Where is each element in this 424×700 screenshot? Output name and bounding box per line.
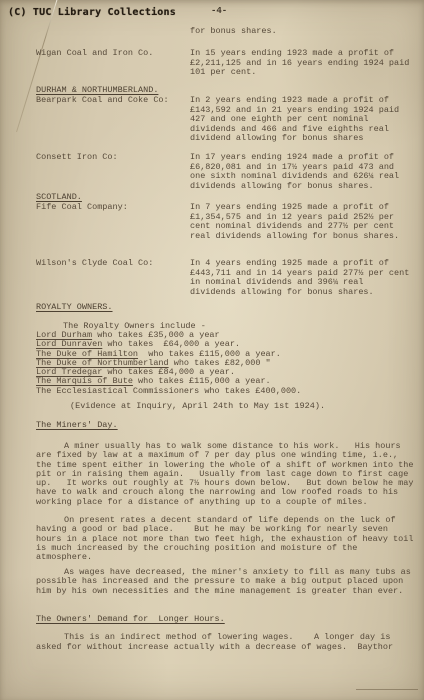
miners-day-paragraph-1: A miner usually has to walk some distanc… <box>36 442 416 507</box>
royalty-owners-list: Lord Durham who takes £35,000 a year Lor… <box>36 331 301 396</box>
company-desc-wigan: In 15 years ending 1923 made a profit of… <box>190 49 414 78</box>
company-name-consett: Consett Iron Co: <box>36 153 196 163</box>
library-copyright-stamp: (C) TUC Library Collections <box>8 7 176 18</box>
royalty-owner-row-commissioners: The Ecclesiastical Commissioners who tak… <box>36 387 301 396</box>
company-name-wigan: Wigan Coal and Iron Co. <box>36 49 196 59</box>
company-name-wilsons-clyde: Wilson's Clyde Coal Co: <box>36 259 196 269</box>
company-desc-fife: In 7 years ending 1925 made a profit of … <box>190 203 414 241</box>
company-desc-bearpark: In 2 years ending 1923 made a profit of … <box>190 96 414 144</box>
paper-crease <box>16 0 58 132</box>
section-heading-royalty-owners: ROYALTY OWNERS. <box>36 303 113 313</box>
evidence-citation: (Evidence at Inquiry, April 24th to May … <box>70 402 325 412</box>
section-heading-miners-day: The Miners' Day. <box>36 421 118 431</box>
miners-day-paragraph-2: On present rates a decent standard of li… <box>36 516 416 562</box>
company-desc-consett: In 17 years ending 1924 made a profit of… <box>190 153 414 191</box>
company-name-bearpark: Bearpark Coal and Coke Co: <box>36 96 196 106</box>
scan-edge-mark <box>356 689 418 690</box>
owner-amount: who takes £115,000 a year. <box>133 376 271 386</box>
page-number: -4- <box>211 7 227 17</box>
miners-day-paragraph-3: As wages have decreased, the miner's anx… <box>36 568 416 596</box>
owners-demand-paragraph: This is an indirect method of lowering w… <box>36 633 416 652</box>
company-name-fife: Fife Coal Company: <box>36 203 196 213</box>
scanned-document-page: (C) TUC Library Collections -4- for bonu… <box>0 0 424 700</box>
section-heading-owners-demand: The Owners' Demand for Longer Hours. <box>36 615 225 625</box>
owner-name: The Marquis of Bute <box>36 376 133 386</box>
company-desc-wilsons-clyde: In 4 years ending 1925 made a profit of … <box>190 259 414 297</box>
continuation-line: for bonus shares. <box>190 27 277 37</box>
